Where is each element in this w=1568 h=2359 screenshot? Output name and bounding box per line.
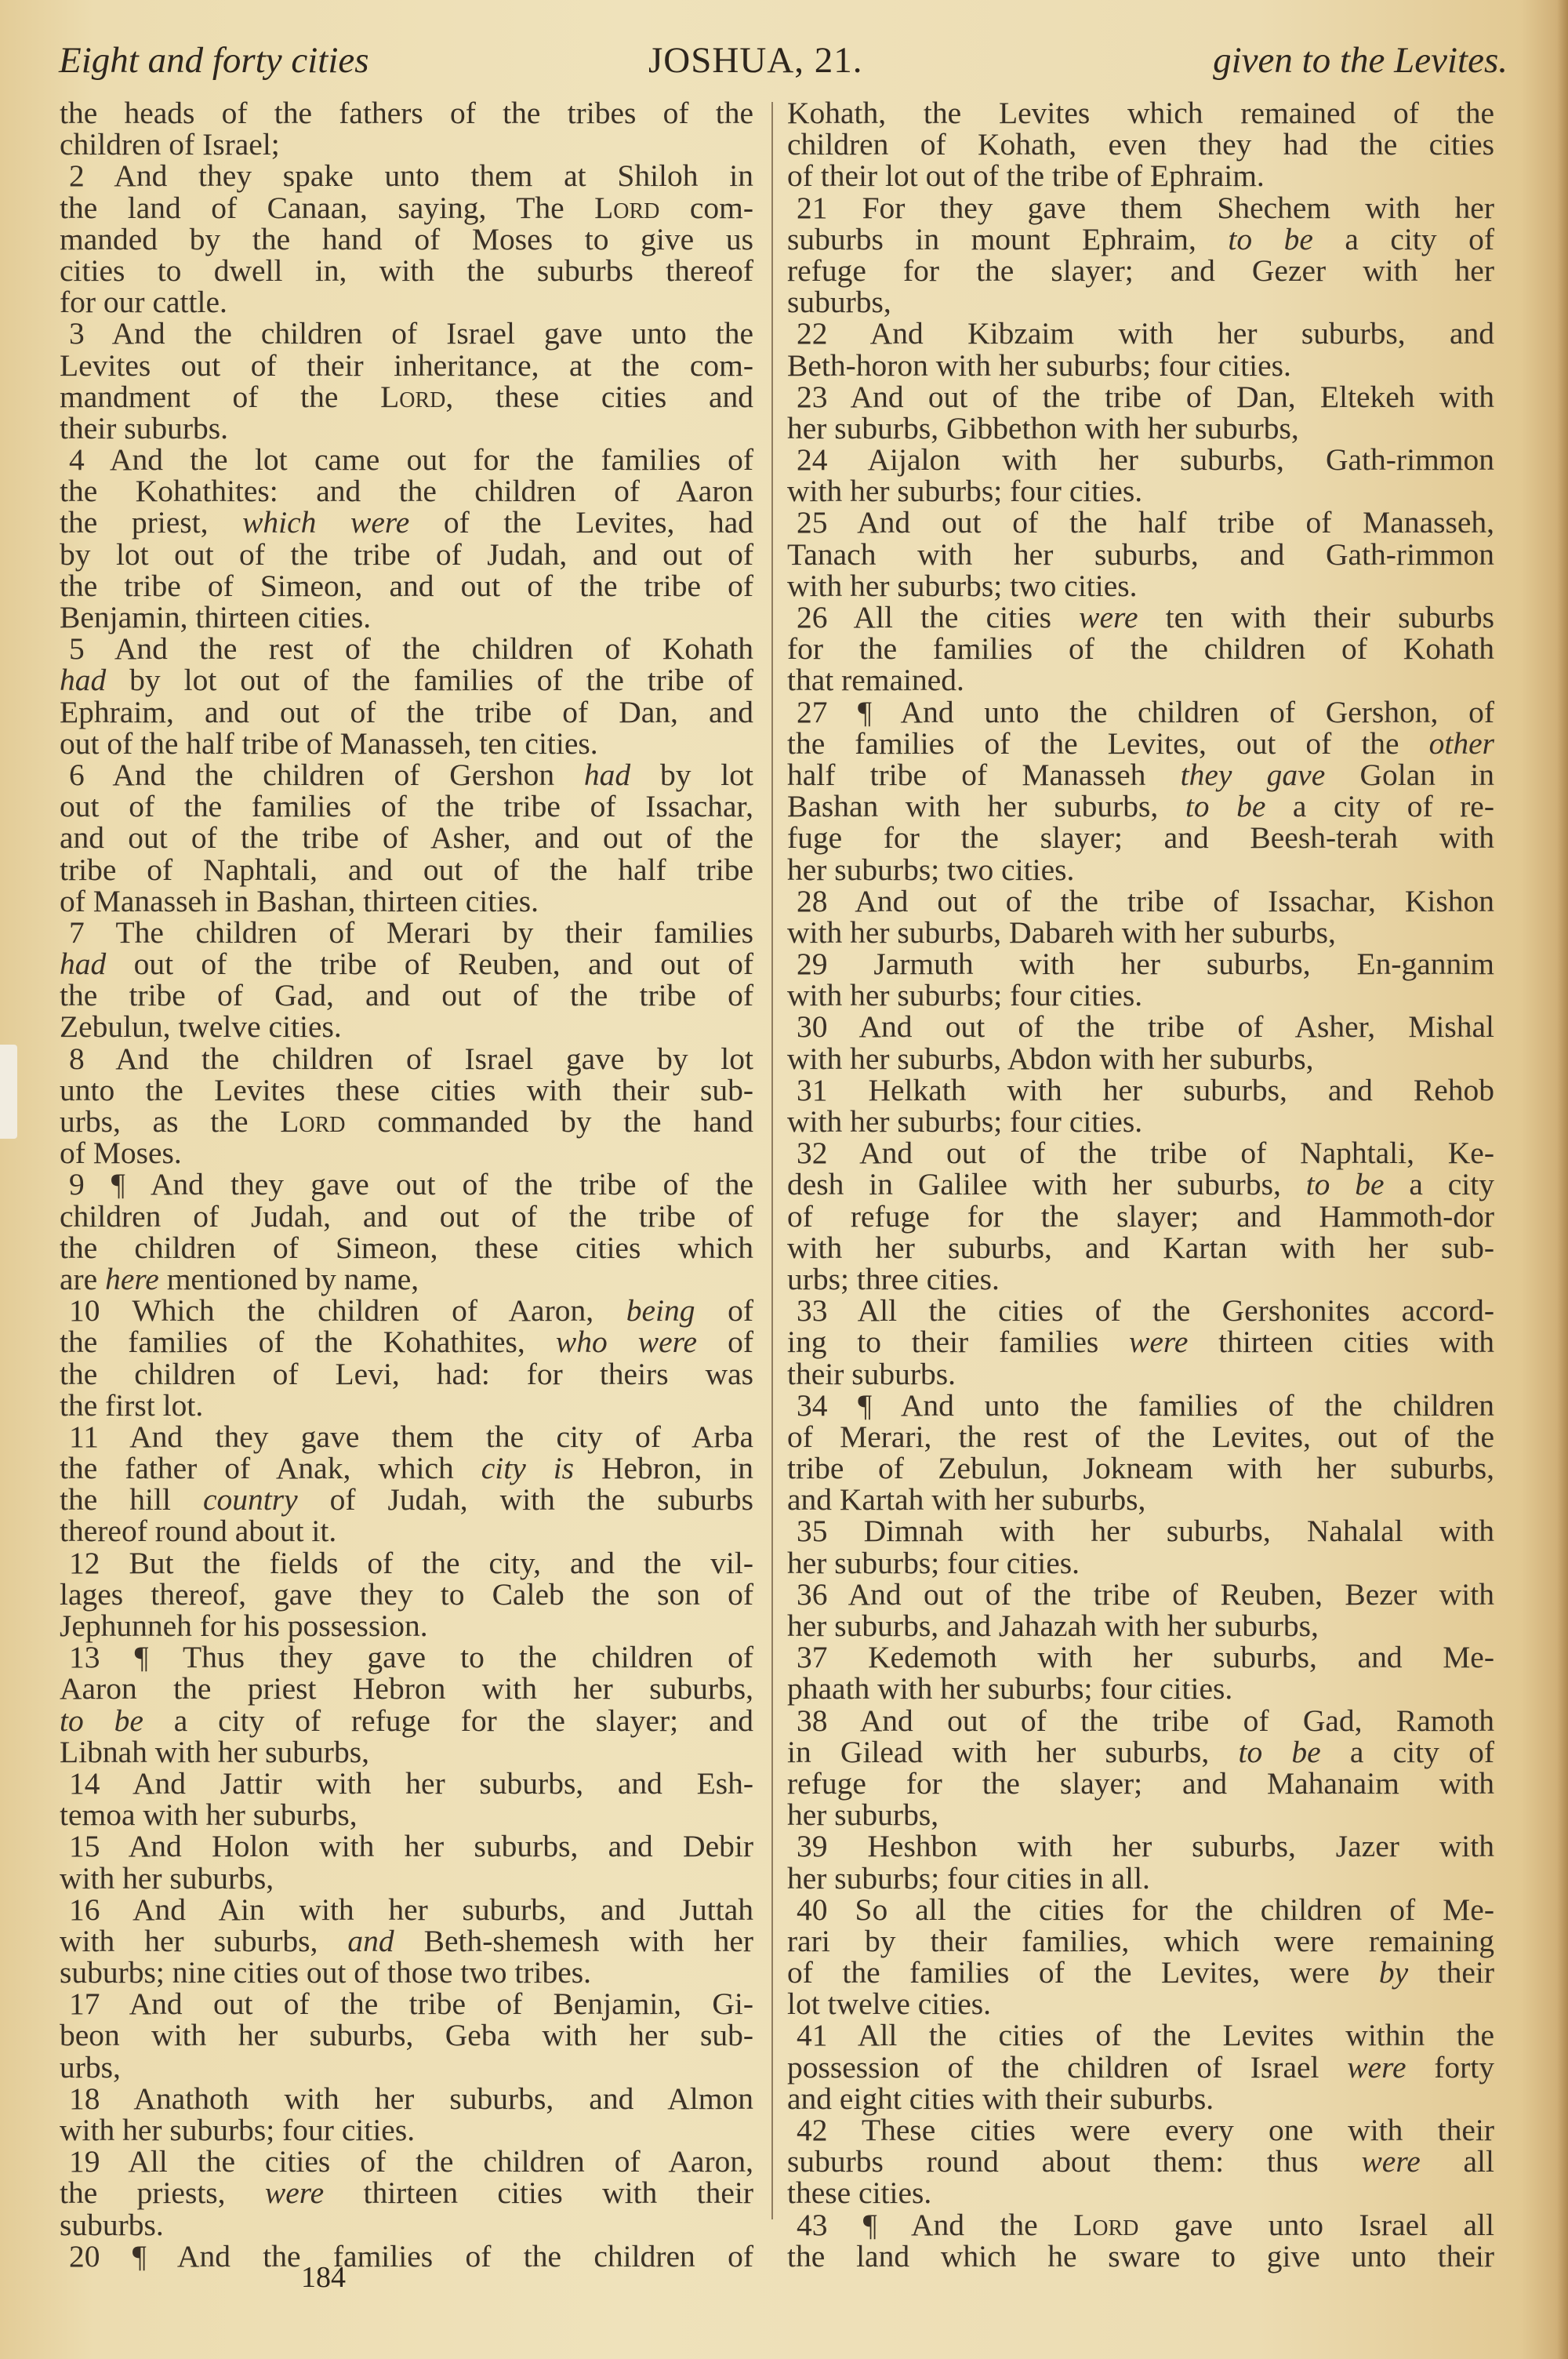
- text-line: of the families of the Levites, were by …: [787, 1957, 1494, 1988]
- italic-supplied-word: to be: [1238, 1735, 1320, 1769]
- italic-supplied-word: being: [626, 1293, 695, 1328]
- text-line: temoa with her suburbs,: [60, 1799, 753, 1830]
- text-line: the father of Anak, which city is Hebron…: [60, 1452, 753, 1484]
- text-line: Ephraim, and out of the tribe of Dan, an…: [60, 696, 753, 728]
- text-line: 10 Which the children of Aaron, being of: [60, 1295, 753, 1326]
- italic-supplied-word: and: [347, 1924, 394, 1958]
- text-line: with her suburbs; four cities.: [60, 2114, 753, 2146]
- text-line: Libnah with her suburbs,: [60, 1736, 753, 1768]
- text-line: to be a city of refuge for the slayer; a…: [60, 1705, 753, 1736]
- text-line: 9 ¶ And they gave out of the tribe of th…: [60, 1169, 753, 1200]
- text-line: 20 ¶ And the families of the children of: [60, 2241, 753, 2272]
- text-line: refuge for the slayer; and Gezer with he…: [787, 255, 1494, 286]
- text-line: 13 ¶ Thus they gave to the children of: [60, 1641, 753, 1673]
- text-line: 21 For they gave them Shechem with her: [787, 192, 1494, 224]
- text-line: the children of Levi, had: for theirs wa…: [60, 1358, 753, 1390]
- text-line: manded by the hand of Moses to give us: [60, 224, 753, 255]
- text-line: by lot out of the tribe of Judah, and ou…: [60, 539, 753, 570]
- text-line: the tribe of Gad, and out of the tribe o…: [60, 980, 753, 1011]
- italic-supplied-word: to be: [1228, 222, 1313, 256]
- text-line: 8 And the children of Israel gave by lot: [60, 1043, 753, 1074]
- text-line: her suburbs, and Jahazah with her suburb…: [787, 1610, 1494, 1641]
- text-line: the priest, which were of the Levites, h…: [60, 507, 753, 538]
- text-line: 26 All the cities were ten with their su…: [787, 602, 1494, 633]
- text-line: refuge for the slayer; and Mahanaim with: [787, 1768, 1494, 1799]
- small-caps-lord: Lord: [1073, 2208, 1138, 2242]
- italic-supplied-word: were: [1079, 600, 1138, 634]
- italic-supplied-word: were: [1361, 2144, 1420, 2179]
- text-line: Levites out of their inheritance, at the…: [60, 350, 753, 381]
- text-line: suburbs.: [60, 2209, 753, 2241]
- text-line: 41 All the cities of the Levites within …: [787, 2019, 1494, 2051]
- text-line: her suburbs; two cities.: [787, 854, 1494, 885]
- small-caps-lord: Lord: [280, 1104, 345, 1139]
- text-line: of their lot out of the tribe of Ephraim…: [787, 160, 1494, 191]
- text-line: and Kartah with her suburbs,: [787, 1484, 1494, 1515]
- text-line: half tribe of Manasseh they gave Golan i…: [787, 759, 1494, 791]
- text-line: Tanach with her suburbs, and Gath-rimmon: [787, 539, 1494, 570]
- text-line: with her suburbs, and Beth-shemesh with …: [60, 1925, 753, 1957]
- italic-supplied-word: who were: [556, 1325, 697, 1359]
- italic-supplied-word: had: [584, 758, 630, 792]
- page-edge-strip: [0, 1045, 17, 1139]
- italic-supplied-word: had: [60, 947, 106, 981]
- right-column: Kohath, the Levites which remained of th…: [787, 97, 1494, 2272]
- column-divider: [771, 102, 773, 2219]
- italic-supplied-word: were: [1129, 1325, 1188, 1359]
- text-line: suburbs in mount Ephraim, to be a city o…: [787, 224, 1494, 255]
- text-line: and eight cities with their suburbs.: [787, 2083, 1494, 2114]
- text-line: Bashan with her suburbs, to be a city of…: [787, 791, 1494, 822]
- text-line: of Merari, the rest of the Levites, out …: [787, 1421, 1494, 1452]
- text-line: children of Israel;: [60, 129, 753, 160]
- text-line: suburbs; nine cities out of those two tr…: [60, 1957, 753, 1988]
- text-line: the heads of the fathers of the tribes o…: [60, 97, 753, 129]
- text-line: 30 And out of the tribe of Asher, Mishal: [787, 1011, 1494, 1042]
- text-line: with her suburbs, Dabareh with her subur…: [787, 917, 1494, 948]
- header-book-chapter: JOSHUA, 21.: [648, 39, 862, 82]
- text-line: lages thereof, gave they to Caleb the so…: [60, 1579, 753, 1610]
- text-line: of Manasseh in Bashan, thirteen cities.: [60, 885, 753, 917]
- text-line: 34 ¶ And unto the families of the childr…: [787, 1390, 1494, 1421]
- text-line: cities to dwell in, with the suburbs the…: [60, 255, 753, 286]
- text-line: these cities.: [787, 2177, 1494, 2208]
- text-line: 33 All the cities of the Gershonites acc…: [787, 1295, 1494, 1326]
- text-line: had out of the tribe of Reuben, and out …: [60, 948, 753, 980]
- text-line: desh in Galilee with her suburbs, to be …: [787, 1169, 1494, 1200]
- page-number: 184: [301, 2260, 346, 2295]
- text-line: the hill country of Judah, with the subu…: [60, 1484, 753, 1515]
- text-line: 12 But the fields of the city, and the v…: [60, 1547, 753, 1579]
- text-line: suburbs round about them: thus were all: [787, 2146, 1494, 2177]
- text-line: 42 These cities were every one with thei…: [787, 2114, 1494, 2146]
- text-line: her suburbs; four cities.: [787, 1547, 1494, 1579]
- text-line: 32 And out of the tribe of Naphtali, Ke-: [787, 1137, 1494, 1169]
- text-line: urbs; three cities.: [787, 1263, 1494, 1295]
- text-line: that remained.: [787, 664, 1494, 696]
- text-line: 15 And Holon with her suburbs, and Debir: [60, 1830, 753, 1862]
- text-line: Aaron the priest Hebron with her suburbs…: [60, 1673, 753, 1704]
- text-line: 31 Helkath with her suburbs, and Rehob: [787, 1074, 1494, 1106]
- text-line: Zebulun, twelve cities.: [60, 1011, 753, 1042]
- italic-supplied-word: country: [203, 1482, 298, 1517]
- text-line: lot twelve cities.: [787, 1988, 1494, 2019]
- text-line: thereof round about it.: [60, 1515, 753, 1547]
- text-line: with her suburbs; four cities.: [787, 980, 1494, 1011]
- text-line: had by lot out of the families of the tr…: [60, 664, 753, 696]
- text-line: her suburbs,: [787, 1799, 1494, 1830]
- text-line: beon with her suburbs, Geba with her sub…: [60, 2019, 753, 2051]
- text-line: the land which he sware to give unto the…: [787, 2241, 1494, 2272]
- text-line: her suburbs, Gibbethon with her suburbs,: [787, 413, 1494, 444]
- italic-supplied-word: to be: [1185, 789, 1266, 823]
- text-line: urbs, as the Lord commanded by the hand: [60, 1106, 753, 1137]
- text-line: 18 Anathoth with her suburbs, and Almon: [60, 2083, 753, 2114]
- text-line: mandment of the Lord, these cities and: [60, 381, 753, 413]
- text-line: in Gilead with her suburbs, to be a city…: [787, 1736, 1494, 1768]
- text-line: the land of Canaan, saying, The Lord com…: [60, 192, 753, 224]
- italic-supplied-word: had: [60, 663, 106, 697]
- text-line: urbs,: [60, 2052, 753, 2083]
- small-caps-lord: Lord: [380, 380, 445, 414]
- text-line: with her suburbs; two cities.: [787, 570, 1494, 602]
- text-line: 22 And Kibzaim with her suburbs, and: [787, 318, 1494, 349]
- text-line: possession of the children of Israel wer…: [787, 2052, 1494, 2083]
- text-line: the children of Simeon, these cities whi…: [60, 1232, 753, 1263]
- text-line: 5 And the rest of the children of Kohath: [60, 633, 753, 664]
- text-line: tribe of Zebulun, Jokneam with her subur…: [787, 1452, 1494, 1484]
- text-line: 16 And Ain with her suburbs, and Juttah: [60, 1894, 753, 1925]
- text-line: children of Judah, and out of the tribe …: [60, 1201, 753, 1232]
- text-line: Benjamin, thirteen cities.: [60, 602, 753, 633]
- text-line: fuge for the slayer; and Beesh-terah wit…: [787, 822, 1494, 853]
- text-line: and out of the tribe of Asher, and out o…: [60, 822, 753, 853]
- italic-supplied-word: to be: [1306, 1167, 1385, 1201]
- text-line: children of Kohath, even they had the ci…: [787, 129, 1494, 160]
- small-caps-lord: Lord: [594, 191, 659, 225]
- text-line: their suburbs.: [60, 413, 753, 444]
- text-line: 40 So all the cities for the children of…: [787, 1894, 1494, 1925]
- italic-supplied-word: city is: [481, 1451, 574, 1485]
- text-line: their suburbs.: [787, 1358, 1494, 1390]
- text-line: the priests, were thirteen cities with t…: [60, 2177, 753, 2208]
- left-column: the heads of the fathers of the tribes o…: [60, 97, 753, 2272]
- text-line: 4 And the lot came out for the families …: [60, 444, 753, 475]
- italic-supplied-word: here: [105, 1262, 159, 1296]
- text-line: 36 And out of the tribe of Reuben, Bezer…: [787, 1579, 1494, 1610]
- italic-supplied-word: by: [1379, 1955, 1408, 1990]
- italic-supplied-word: they gave: [1181, 758, 1326, 792]
- text-line: 28 And out of the tribe of Issachar, Kis…: [787, 885, 1494, 917]
- text-line: 39 Heshbon with her suburbs, Jazer with: [787, 1830, 1494, 1862]
- text-line: Beth-horon with her suburbs; four cities…: [787, 350, 1494, 381]
- text-line: out of the half tribe of Manasseh, ten c…: [60, 728, 753, 759]
- text-line: 35 Dimnah with her suburbs, Nahalal with: [787, 1515, 1494, 1547]
- text-line: 38 And out of the tribe of Gad, Ramoth: [787, 1705, 1494, 1736]
- text-line: 11 And they gave them the city of Arba: [60, 1421, 753, 1452]
- text-line: tribe of Naphtali, and out of the half t…: [60, 854, 753, 885]
- text-line: of refuge for the slayer; and Hammoth-do…: [787, 1201, 1494, 1232]
- text-line: with her suburbs; four cities.: [787, 1106, 1494, 1137]
- book-page: Eight and forty cities JOSHUA, 21. given…: [0, 0, 1568, 2359]
- text-line: the families of the Kohathites, who were…: [60, 1326, 753, 1358]
- text-line: with her suburbs, Abdon with her suburbs…: [787, 1043, 1494, 1074]
- text-line: 27 ¶ And unto the children of Gershon, o…: [787, 696, 1494, 728]
- text-line: the families of the Levites, out of the …: [787, 728, 1494, 759]
- text-line: ing to their families were thirteen citi…: [787, 1326, 1494, 1358]
- text-line: 3 And the children of Israel gave unto t…: [60, 318, 753, 349]
- text-line: Kohath, the Levites which remained of th…: [787, 97, 1494, 129]
- text-line: rari by their families, which were remai…: [787, 1925, 1494, 1957]
- header-right-title: given to the Levites.: [1213, 39, 1508, 82]
- text-line: 25 And out of the half tribe of Manasseh…: [787, 507, 1494, 538]
- text-line: unto the Levites these cities with their…: [60, 1074, 753, 1106]
- text-line: of Moses.: [60, 1137, 753, 1169]
- italic-supplied-word: other: [1429, 726, 1494, 761]
- text-line: 43 ¶ And the Lord gave unto Israel all: [787, 2209, 1494, 2241]
- text-line: with her suburbs, and Kartan with her su…: [787, 1232, 1494, 1263]
- text-line: her suburbs; four cities in all.: [787, 1863, 1494, 1894]
- header-left-title: Eight and forty cities: [59, 39, 369, 82]
- text-line: 29 Jarmuth with her suburbs, En-gannim: [787, 948, 1494, 980]
- text-line: phaath with her suburbs; four cities.: [787, 1673, 1494, 1704]
- text-line: 23 And out of the tribe of Dan, Eltekeh …: [787, 381, 1494, 413]
- text-line: with her suburbs,: [60, 1863, 753, 1894]
- text-line: are here mentioned by name,: [60, 1263, 753, 1295]
- italic-supplied-word: were: [1347, 2050, 1406, 2085]
- text-line: 6 And the children of Gershon had by lot: [60, 759, 753, 791]
- italic-supplied-word: were: [265, 2175, 324, 2210]
- text-line: out of the families of the tribe of Issa…: [60, 791, 753, 822]
- text-line: with her suburbs; four cities.: [787, 475, 1494, 507]
- running-header: Eight and forty cities JOSHUA, 21. given…: [59, 39, 1517, 86]
- italic-supplied-word: to be: [60, 1703, 143, 1738]
- text-line: 14 And Jattir with her suburbs, and Esh-: [60, 1768, 753, 1799]
- text-line: the tribe of Simeon, and out of the trib…: [60, 570, 753, 602]
- text-line: the first lot.: [60, 1390, 753, 1421]
- text-line: 37 Kedemoth with her suburbs, and Me-: [787, 1641, 1494, 1673]
- text-line: suburbs,: [787, 286, 1494, 318]
- text-line: 24 Aijalon with her suburbs, Gath-rimmon: [787, 444, 1494, 475]
- text-line: 2 And they spake unto them at Shiloh in: [60, 160, 753, 191]
- text-line: for the families of the children of Koha…: [787, 633, 1494, 664]
- binding-shadow: [1557, 0, 1568, 2359]
- text-line: 17 And out of the tribe of Benjamin, Gi-: [60, 1988, 753, 2019]
- text-line: 19 All the cities of the children of Aar…: [60, 2146, 753, 2177]
- text-line: for our cattle.: [60, 286, 753, 318]
- text-line: Jephunneh for his possession.: [60, 1610, 753, 1641]
- text-line: the Kohathites: and the children of Aaro…: [60, 475, 753, 507]
- text-line: 7 The children of Merari by their famili…: [60, 917, 753, 948]
- italic-supplied-word: which were: [242, 505, 409, 540]
